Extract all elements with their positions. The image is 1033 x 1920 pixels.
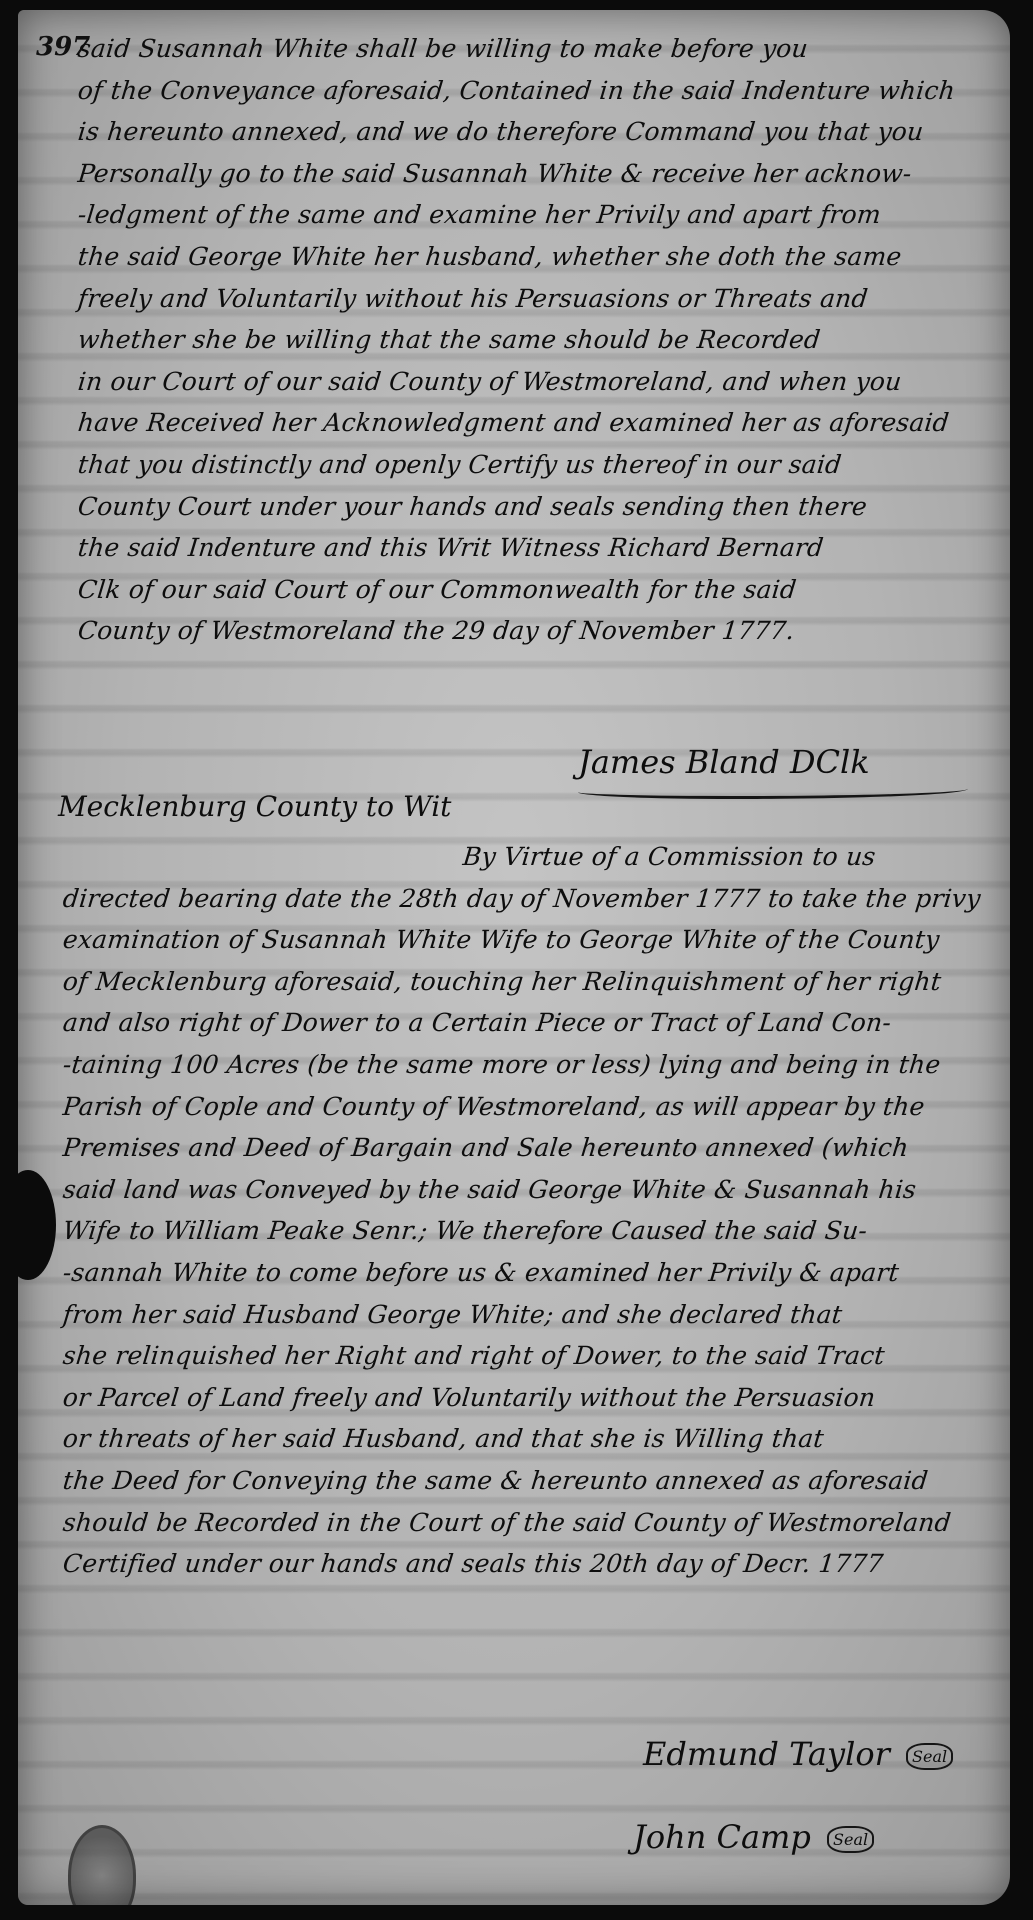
signature-john-camp: John Camp Seal [633, 1818, 874, 1856]
manuscript-line: County Court under your hands and seals … [76, 486, 980, 528]
manuscript-line: that you distinctly and openly Certify u… [76, 444, 980, 486]
manuscript-line: from her said Husband George White; and … [61, 1294, 985, 1336]
manuscript-line: or threats of her said Husband, and that… [61, 1418, 985, 1460]
manuscript-line: in our Court of our said County of Westm… [76, 361, 980, 403]
manuscript-line: of Mecklenburg aforesaid, touching her R… [61, 961, 985, 1003]
manuscript-line: freely and Voluntarily without his Persu… [76, 278, 980, 320]
manuscript-line: Clk of our said Court of our Commonwealt… [76, 569, 980, 611]
signature-edmund-taylor: Edmund Taylor Seal [643, 1735, 953, 1773]
manuscript-line: and also right of Dower to a Certain Pie… [61, 1002, 985, 1044]
manuscript-line: is hereunto annexed, and we do therefore… [76, 111, 980, 153]
manuscript-page: 397 said Susannah White shall be willing… [18, 10, 1010, 1905]
signer-name: John Camp [633, 1818, 811, 1856]
manuscript-line: Wife to William Peake Senr.; We therefor… [61, 1210, 985, 1252]
manuscript-line: -ledgment of the same and examine her Pr… [76, 194, 980, 236]
manuscript-line: Parish of Cople and County of Westmorela… [61, 1086, 985, 1128]
manuscript-line: -taining 100 Acres (be the same more or … [61, 1044, 985, 1086]
seal-icon: Seal [827, 1826, 874, 1853]
manuscript-line: County of Westmoreland the 29 day of Nov… [76, 610, 980, 652]
manuscript-line: should be Recorded in the Court of the s… [61, 1502, 985, 1544]
county-heading: Mecklenburg County to Wit [58, 790, 451, 823]
manuscript-line: have Received her Acknowledgment and exa… [76, 402, 980, 444]
manuscript-line: of the Conveyance aforesaid, Contained i… [76, 70, 980, 112]
manuscript-line: examination of Susannah White Wife to Ge… [61, 919, 985, 961]
manuscript-line: directed bearing date the 28th day of No… [61, 878, 985, 920]
manuscript-line: Premises and Deed of Bargain and Sale he… [61, 1127, 985, 1169]
commission-text: said Susannah White shall be willing to … [78, 28, 978, 652]
manuscript-line: said Susannah White shall be willing to … [76, 28, 980, 70]
signer-name: Edmund Taylor [643, 1735, 890, 1773]
manuscript-line: -sannah White to come before us & examin… [61, 1252, 985, 1294]
certificate-text: By Virtue of a Commission to usdirected … [63, 836, 983, 1585]
manuscript-line: whether she be willing that the same sho… [76, 319, 980, 361]
manuscript-line: said land was Conveyed by the said Georg… [61, 1169, 985, 1211]
manuscript-line: or Parcel of Land freely and Voluntarily… [61, 1377, 985, 1419]
manuscript-line: she relinquished her Right and right of … [61, 1335, 985, 1377]
manuscript-line: Certified under our hands and seals this… [61, 1543, 985, 1585]
seal-icon: Seal [906, 1743, 953, 1770]
signature-james-bland: James Bland DClk [578, 743, 870, 781]
manuscript-line: the said George White her husband, wheth… [76, 236, 980, 278]
manuscript-line: the said Indenture and this Writ Witness… [76, 527, 980, 569]
manuscript-line: Personally go to the said Susannah White… [76, 153, 980, 195]
manuscript-line: By Virtue of a Commission to us [61, 836, 985, 878]
manuscript-line: the Deed for Conveying the same & hereun… [61, 1460, 985, 1502]
